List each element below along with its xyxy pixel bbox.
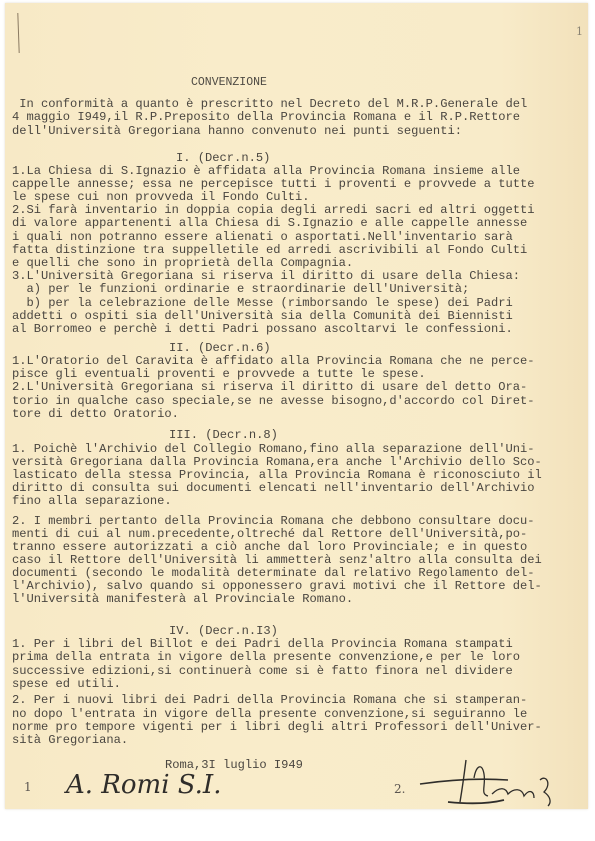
intro-line: dell'Università Gregoriana hanno convenu… xyxy=(12,124,462,138)
signature-1: A. Romi S.I. xyxy=(66,770,221,800)
body-line: spese ed utili. xyxy=(12,677,121,691)
section-heading: III. (Decr.n.8) xyxy=(169,428,278,442)
body-line: 1. Per i libri del Billot e dei Padri de… xyxy=(12,637,513,651)
body-line: 2. I membri pertanto della Provincia Rom… xyxy=(12,514,535,528)
section-heading: I. (Decr.n.5) xyxy=(176,151,270,165)
body-line: cappelle annesse; essa ne percepisce tut… xyxy=(12,177,535,191)
body-line: 2.Si farà inventario in doppia copia deg… xyxy=(12,203,535,217)
body-line: norme pro tempore vigenti per i libri de… xyxy=(12,720,542,734)
body-line: l'Archivio), salvo quando si opponessero… xyxy=(12,579,542,593)
document-title: CONVENZIONE xyxy=(191,76,267,89)
body-line: no dopo l'entrata in vigore della presen… xyxy=(12,707,527,721)
signature-label-1: 1 xyxy=(24,780,32,794)
body-line: caso il Rettore dell'Università li ammet… xyxy=(12,553,542,567)
body-line: fino alla separazione. xyxy=(12,494,172,508)
body-line: 1.L'Oratorio del Caravita è affidato all… xyxy=(12,354,535,368)
section-heading: IV. (Decr.n.I3) xyxy=(169,624,278,638)
body-line: tore di detto Oratorio. xyxy=(12,407,179,421)
body-line: sità Gregoriana. xyxy=(12,733,128,747)
body-line: 2. Per i nuovi libri dei Padri della Pro… xyxy=(12,693,527,707)
body-line: torio in qualche caso speciale,se ne ave… xyxy=(12,394,535,408)
page-number: 1 xyxy=(576,25,583,38)
signature-2-flourish xyxy=(418,758,558,810)
body-line: successive edizioni,si continuerà come s… xyxy=(12,664,513,678)
body-line: lasticato della stessa Provincia, alla P… xyxy=(12,468,542,482)
body-line: menti di cui al num.precedente,oltreché … xyxy=(12,527,527,541)
body-line: diritto di consulta sui documenti elenca… xyxy=(12,481,535,495)
body-line: e quelli che sono in proprietà della Com… xyxy=(12,256,353,270)
body-line: a) per le funzioni ordinarie e straordin… xyxy=(12,282,469,296)
body-line: 2.L'Università Gregoriana si riserva il … xyxy=(12,380,527,394)
body-line: i quali non potranno essere alienati o a… xyxy=(12,230,513,244)
body-line: 3.L'Università Gregoriana si riserva il … xyxy=(12,269,520,283)
body-line: documenti (secondo le modalità determina… xyxy=(12,566,535,580)
intro-line: 4 maggio I949,il R.P.Preposito della Pro… xyxy=(12,110,520,124)
body-line: di valore appartenenti alla Chiesa di S.… xyxy=(12,216,527,230)
body-line: 1. Poichè l'Archivio del Collegio Romano… xyxy=(12,442,535,456)
body-line: fatta distinzione tra suppelletile ed ar… xyxy=(12,243,527,257)
body-line: b) per la celebrazione delle Messe (rimb… xyxy=(12,296,513,310)
signature-label-2: 2. xyxy=(394,782,405,796)
document-body: In conformità a quanto è prescritto nel … xyxy=(12,0,27,770)
body-line: le spese cui non provveda il Fondo Culti… xyxy=(12,190,310,204)
body-line: 1.La Chiesa di S.Ignazio è affidata alla… xyxy=(12,164,520,178)
body-line: l'Università manifesterà al Provinciale … xyxy=(12,592,353,606)
body-line: versità Gregoriana dalla Provincia Roman… xyxy=(12,455,542,469)
body-line: al Borromeo e perchè i detti Padri possa… xyxy=(12,322,513,336)
intro-line: In conformità a quanto è prescritto nel … xyxy=(12,97,527,111)
body-line: tranno essere autorizzati a ciò anche da… xyxy=(12,540,527,554)
body-line: pisce gli eventuali proventi e provvede … xyxy=(12,367,426,381)
body-line: prima della entrata in vigore della pres… xyxy=(12,650,520,664)
body-line: addetti o ospiti sia dell'Università sia… xyxy=(12,309,513,323)
section-heading: II. (Decr.n.6) xyxy=(169,341,271,355)
